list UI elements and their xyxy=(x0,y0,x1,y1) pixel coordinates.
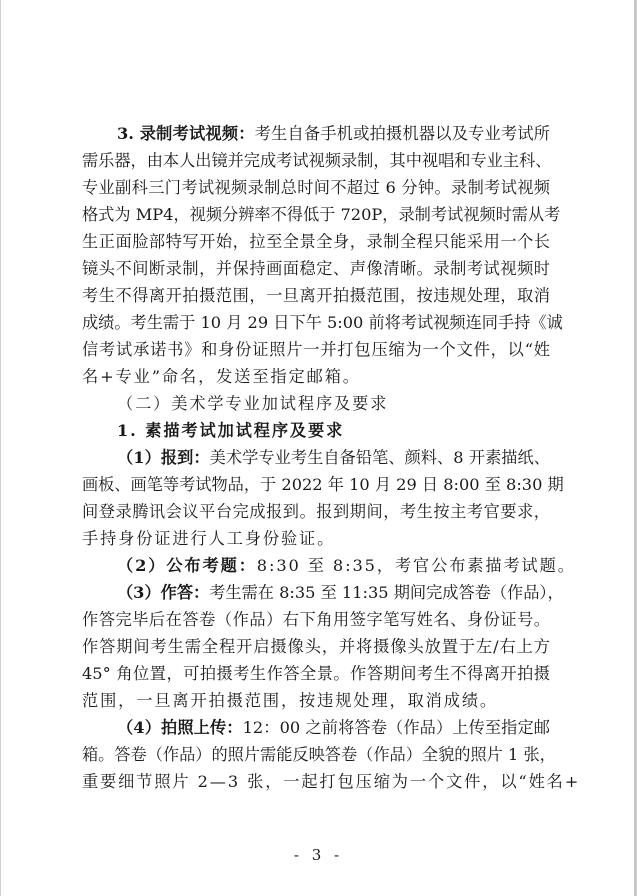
section-lead: 3. 录制考试视频： xyxy=(117,124,255,143)
paragraph-line: 箱。答卷（作品）的照片需能反映答卷（作品）全貌的照片 1 张， xyxy=(82,741,550,768)
paragraph-line: 考生不得离开拍摄范围，一旦离开拍摄范围，按违规处理，取消 xyxy=(82,282,550,309)
paragraph-line: 名+专业”命名，发送至指定邮箱。 xyxy=(82,363,550,390)
document-body: 3. 录制考试视频：考生自备手机或拍摄机器以及专业考试所 需乐器，由本人出镜并完… xyxy=(82,120,550,795)
page-edge-left xyxy=(0,0,1,896)
paragraph-line: 画板、画笔等考试物品，于 2022 年 10 月 29 日 8:00 至 8:3… xyxy=(82,471,550,498)
item-lead: （3）作答： xyxy=(117,583,209,602)
item-lead: （2）公布考题： xyxy=(117,556,257,575)
paragraph-line: 成绩。考生需于 10 月 29 日下午 5:00 前将考试视频连同手持《诚 xyxy=(82,309,550,336)
paragraph-line: 手持身份证进行人工身份验证。 xyxy=(82,525,550,552)
paragraph-line: （2）公布考题：8:30 至 8:35，考官公布素描考试题。 xyxy=(82,552,550,579)
paragraph-line: （3）作答：考生需在 8:35 至 11:35 期间完成答卷（作品）， xyxy=(82,579,550,606)
paragraph-line: （1）报到：美术学专业考生自备铅笔、颜料、8 开素描纸、 xyxy=(82,444,550,471)
section-heading: （二）美术学专业加试程序及要求 xyxy=(82,390,550,417)
paragraph-line: 需乐器，由本人出镜并完成考试视频录制，其中视唱和专业主科、 xyxy=(82,147,550,174)
paragraph-line: 重要细节照片 2—3 张，一起打包压缩为一个文件，以“姓名+ xyxy=(82,768,550,795)
paragraph-line: 镜头不间断录制，并保持画面稳定、声像清晰。录制考试视频时 xyxy=(82,255,550,282)
paragraph-line: 间登录腾讯会议平台完成报到。报到期间，考生按主考官要求， xyxy=(82,498,550,525)
paragraph-line: 信考试承诺书》和身份证照片一并打包压缩为一个文件，以“姓 xyxy=(82,336,550,363)
paragraph-line: 3. 录制考试视频：考生自备手机或拍摄机器以及专业考试所 xyxy=(82,120,550,147)
subsection-heading: 1. 素描考试加试程序及要求 xyxy=(82,417,550,444)
paragraph-line: 生正面脸部特写开始，拉至全景全身，录制全程只能采用一个长 xyxy=(82,228,550,255)
paragraph-line: 作答完毕后在答卷（作品）右下角用签字笔写姓名、身份证号。 xyxy=(82,606,550,633)
paragraph-line: 格式为 MP4，视频分辨率不得低于 720P，录制考试视频时需从考 xyxy=(82,201,550,228)
paragraph-line: （4）拍照上传：12：00 之前将答卷（作品）上传至指定邮 xyxy=(82,714,550,741)
paragraph-line: 45° 角位置，可拍摄考生作答全景。作答期间考生不得离开拍摄 xyxy=(82,660,550,687)
page-number: - 3 - xyxy=(0,846,637,864)
item-lead: （1）报到： xyxy=(117,448,210,467)
paragraph-line: 范围，一旦离开拍摄范围，按违规处理，取消成绩。 xyxy=(82,687,550,714)
item-lead: （4）拍照上传： xyxy=(117,718,243,737)
paragraph-line: 作答期间考生需全程开启摄像头，并将摄像头放置于左/右上方 xyxy=(82,633,550,660)
paragraph-line: 专业副科三门考试视频录制总时间不超过 6 分钟。录制考试视频 xyxy=(82,174,550,201)
